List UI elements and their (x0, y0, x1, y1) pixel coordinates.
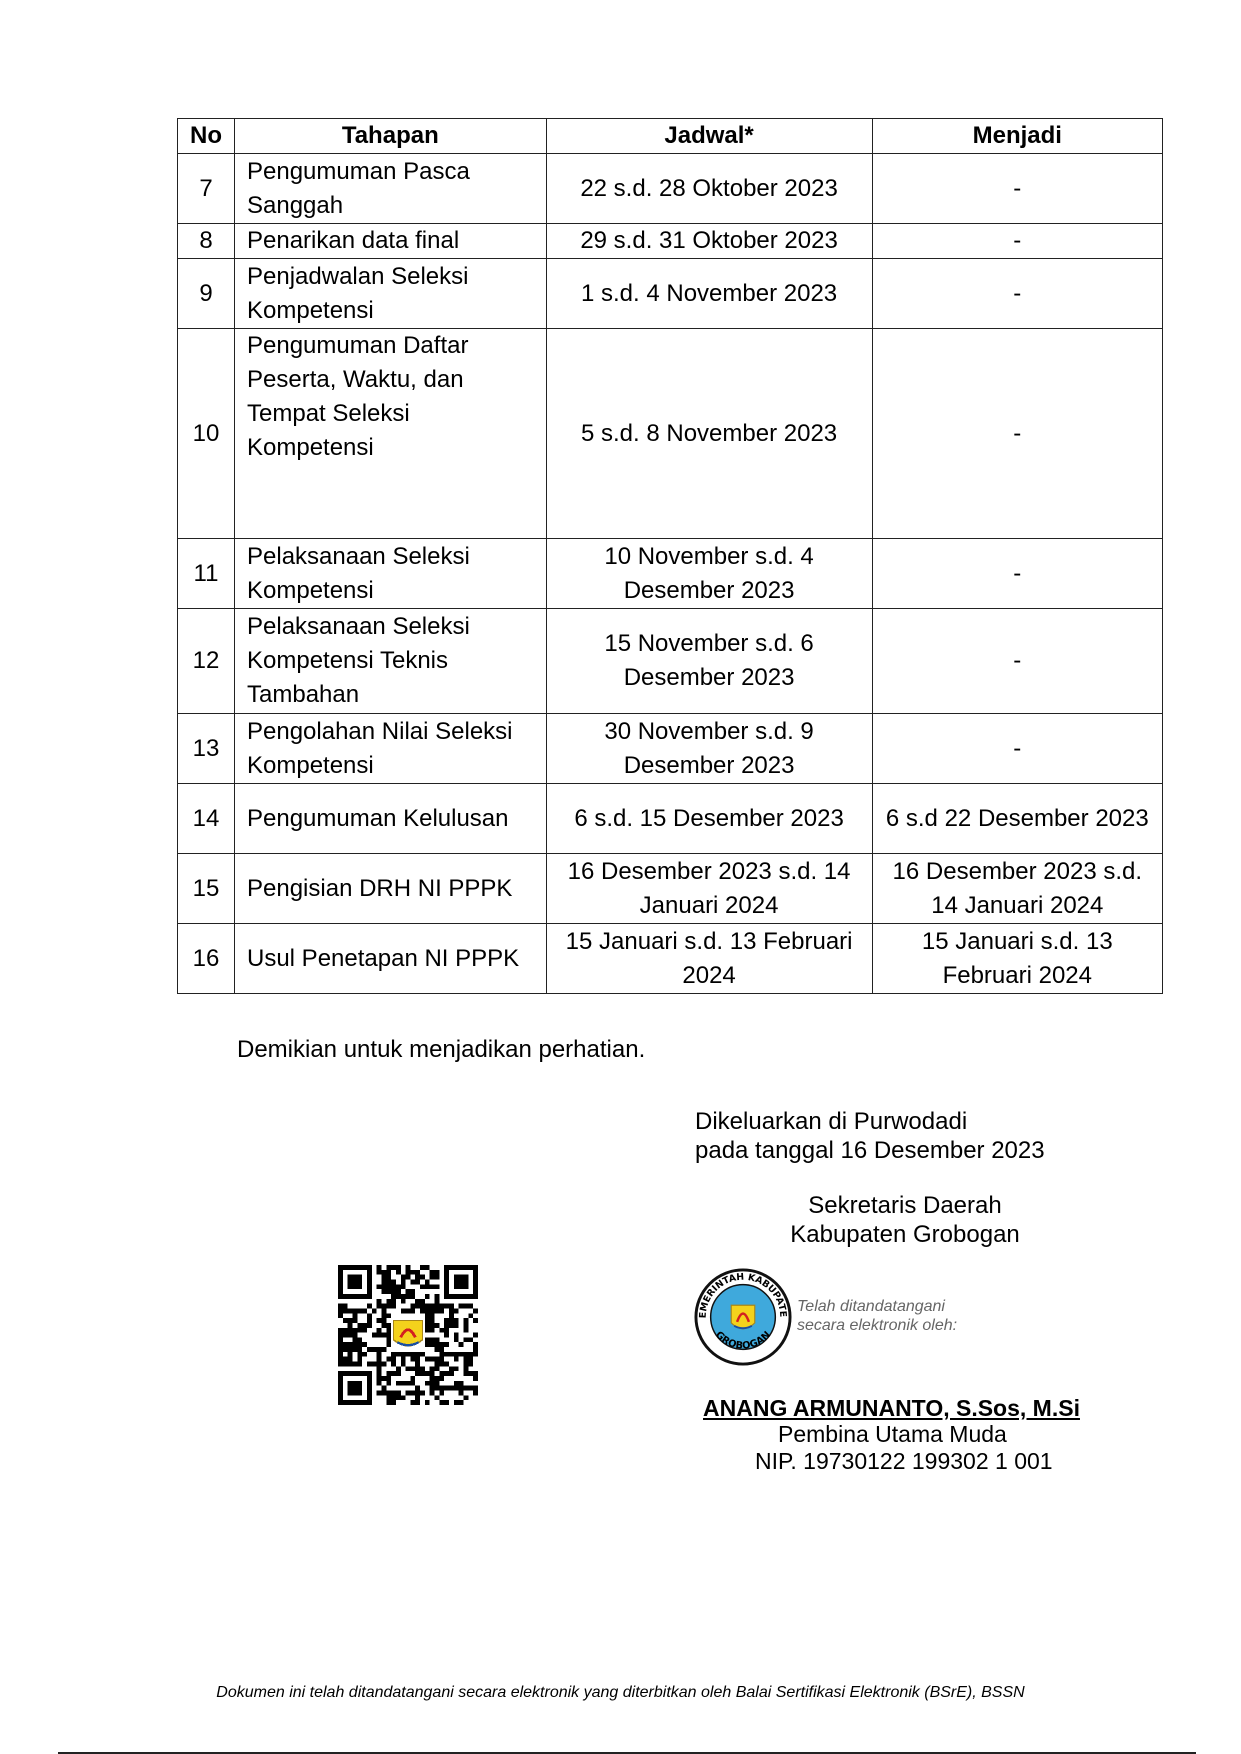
table-row: 12Pelaksanaan Seleksi Kompetensi Teknis … (178, 609, 1163, 714)
cell-tahapan: Usul Penetapan NI PPPK (235, 924, 547, 994)
qr-code-icon (338, 1265, 478, 1405)
cell-no: 14 (178, 784, 235, 854)
table-row: 7Pengumuman Pasca Sanggah22 s.d. 28 Okto… (178, 154, 1163, 224)
cell-menjadi: - (872, 609, 1162, 714)
table-row: 11Pelaksanaan Seleksi Kompetensi10 Novem… (178, 539, 1163, 609)
cell-menjadi: - (872, 154, 1162, 224)
cell-no: 11 (178, 539, 235, 609)
cell-jadwal: 5 s.d. 8 November 2023 (546, 329, 872, 539)
cell-tahapan: Penarikan data final (235, 224, 547, 259)
cell-tahapan: Pelaksanaan Seleksi Kompetensi Teknis Ta… (235, 609, 547, 714)
cell-jadwal: 10 November s.d. 4 Desember 2023 (546, 539, 872, 609)
esign-line-1: Telah ditandatangani (797, 1297, 957, 1316)
cell-menjadi: - (872, 329, 1162, 539)
cell-no: 12 (178, 609, 235, 714)
cell-jadwal: 22 s.d. 28 Oktober 2023 (546, 154, 872, 224)
table-row: 15Pengisian DRH NI PPPK16 Desember 2023 … (178, 854, 1163, 924)
cell-tahapan: Penjadwalan Seleksi Kompetensi (235, 259, 547, 329)
issued-date: pada tanggal 16 Desember 2023 (695, 1136, 1045, 1165)
cell-tahapan: Pengumuman Daftar Peserta, Waktu, dan Te… (235, 329, 547, 539)
cell-tahapan: Pengumuman Pasca Sanggah (235, 154, 547, 224)
office-region: Kabupaten Grobogan (700, 1220, 1110, 1249)
issued-place: Dikeluarkan di Purwodadi (695, 1107, 1045, 1136)
esign-caption: Telah ditandatangani secara elektronik o… (797, 1297, 957, 1335)
cell-jadwal: 6 s.d. 15 Desember 2023 (546, 784, 872, 854)
cell-menjadi: - (872, 539, 1162, 609)
cell-menjadi: 15 Januari s.d. 13 Februari 2024 (872, 924, 1162, 994)
esign-line-2: secara elektronik oleh: (797, 1316, 957, 1335)
cell-jadwal: 15 November s.d. 6 Desember 2023 (546, 609, 872, 714)
header-no: No (178, 119, 235, 154)
cell-jadwal: 29 s.d. 31 Oktober 2023 (546, 224, 872, 259)
cell-no: 9 (178, 259, 235, 329)
cell-menjadi: 6 s.d 22 Desember 2023 (872, 784, 1162, 854)
office-title: Sekretaris Daerah (700, 1191, 1110, 1220)
cell-no: 15 (178, 854, 235, 924)
cell-tahapan: Pelaksanaan Seleksi Kompetensi (235, 539, 547, 609)
office-block: Sekretaris Daerah Kabupaten Grobogan (700, 1191, 1110, 1249)
cell-tahapan: Pengolahan Nilai Seleksi Kompetensi (235, 714, 547, 784)
table-row: 16Usul Penetapan NI PPPK15 Januari s.d. … (178, 924, 1163, 994)
closing-sentence: Demikian untuk menjadikan perhatian. (237, 1036, 645, 1064)
header-menjadi: Menjadi (872, 119, 1162, 154)
cell-tahapan: Pengisian DRH NI PPPK (235, 854, 547, 924)
cell-no: 10 (178, 329, 235, 539)
government-seal-icon: PEMERINTAH KABUPATEN GROBOGAN (694, 1268, 792, 1366)
signer-nip: NIP. 19730122 199302 1 001 (755, 1448, 1053, 1475)
cell-tahapan: Pengumuman Kelulusan (235, 784, 547, 854)
cell-no: 8 (178, 224, 235, 259)
cell-menjadi: - (872, 714, 1162, 784)
cell-jadwal: 15 Januari s.d. 13 Februari 2024 (546, 924, 872, 994)
cell-no: 7 (178, 154, 235, 224)
issued-block: Dikeluarkan di Purwodadi pada tanggal 16… (695, 1107, 1045, 1165)
table-header-row: No Tahapan Jadwal* Menjadi (178, 119, 1163, 154)
cell-jadwal: 1 s.d. 4 November 2023 (546, 259, 872, 329)
table-row: 9Penjadwalan Seleksi Kompetensi1 s.d. 4 … (178, 259, 1163, 329)
cell-menjadi: - (872, 259, 1162, 329)
cell-menjadi: 16 Desember 2023 s.d. 14 Januari 2024 (872, 854, 1162, 924)
table-row: 8Penarikan data final29 s.d. 31 Oktober … (178, 224, 1163, 259)
table-row: 10Pengumuman Daftar Peserta, Waktu, dan … (178, 329, 1163, 539)
footer-note: Dokumen ini telah ditandatangani secara … (0, 1684, 1241, 1702)
cell-jadwal: 16 Desember 2023 s.d. 14 Januari 2024 (546, 854, 872, 924)
header-tahapan: Tahapan (235, 119, 547, 154)
table-row: 13Pengolahan Nilai Seleksi Kompetensi30 … (178, 714, 1163, 784)
signer-rank: Pembina Utama Muda (778, 1421, 1007, 1448)
schedule-table: No Tahapan Jadwal* Menjadi 7Pengumuman P… (177, 118, 1163, 994)
cell-no: 16 (178, 924, 235, 994)
signer-name: ANANG ARMUNANTO, S.Sos, M.Si (703, 1395, 1080, 1422)
cell-no: 13 (178, 714, 235, 784)
header-jadwal: Jadwal* (546, 119, 872, 154)
cell-menjadi: - (872, 224, 1162, 259)
table-row: 14Pengumuman Kelulusan6 s.d. 15 Desember… (178, 784, 1163, 854)
cell-jadwal: 30 November s.d. 9 Desember 2023 (546, 714, 872, 784)
